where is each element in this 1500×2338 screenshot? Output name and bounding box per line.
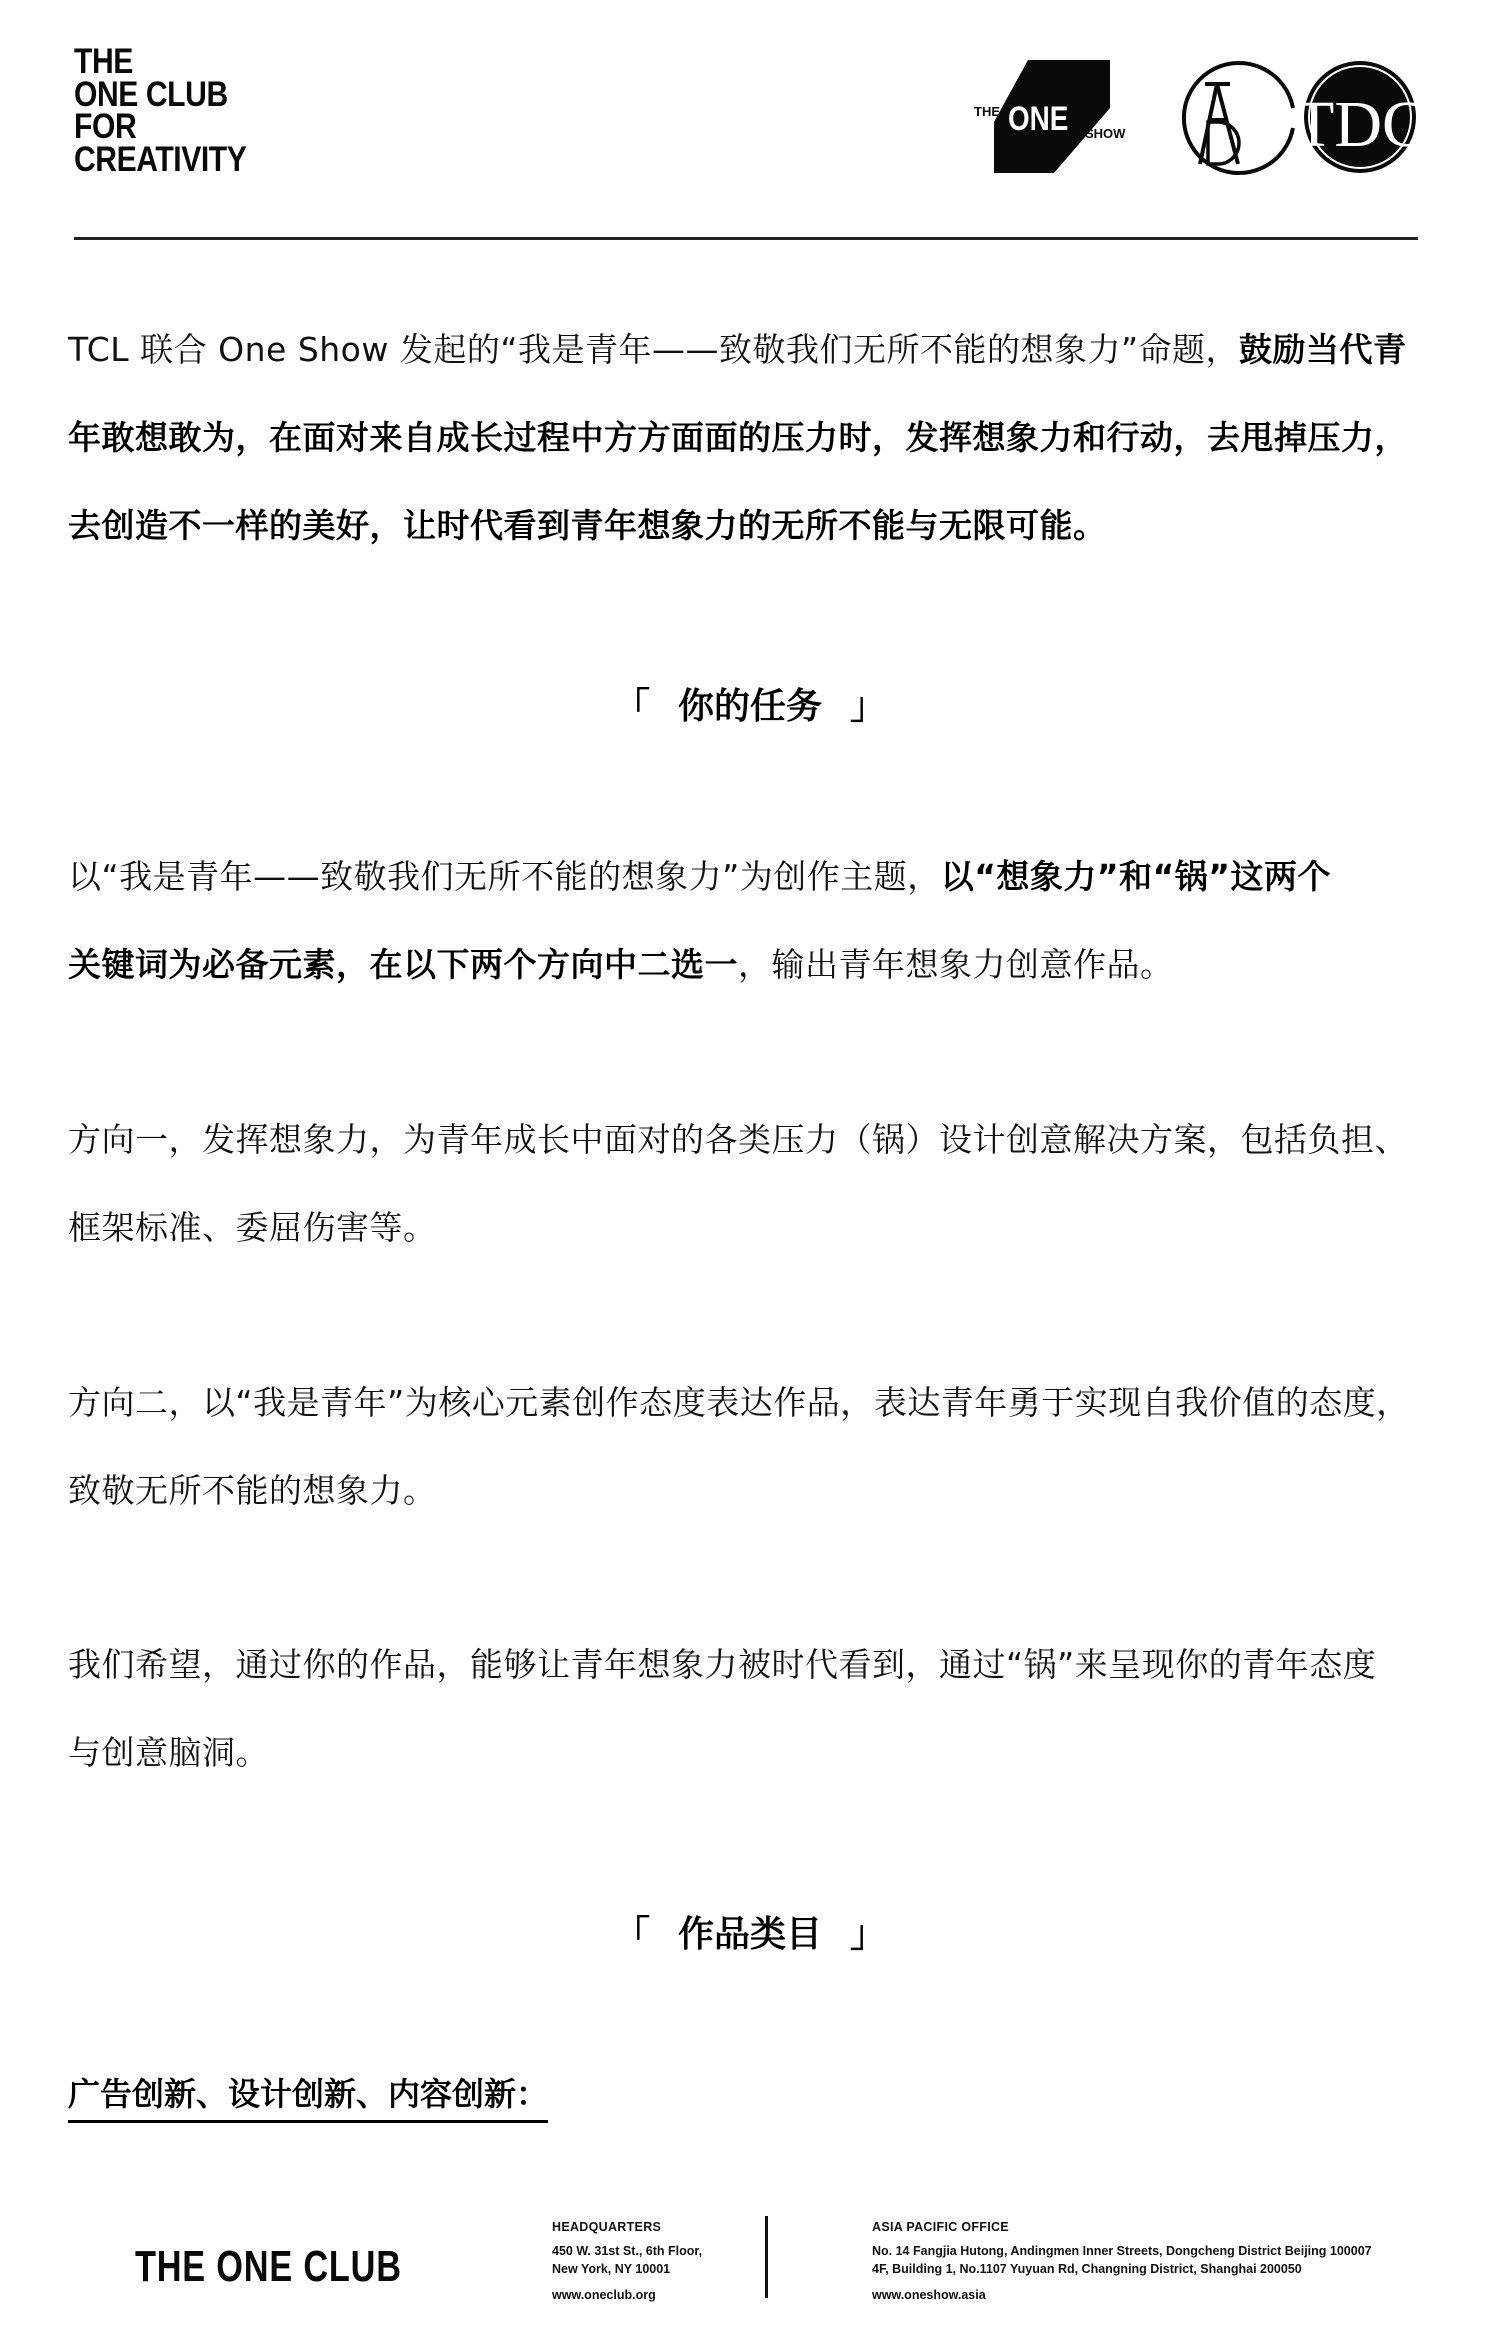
hq-url-link[interactable]: www.oneclub.org bbox=[552, 2286, 702, 2304]
asia-address-line-2: 4F, Building 1, No.1107 Yuyuan Rd, Chang… bbox=[872, 2260, 1372, 2278]
brand-line: CREATIVITY bbox=[74, 144, 246, 177]
svg-text:SHOW: SHOW bbox=[1085, 126, 1126, 141]
task-theme-paragraph: 以“我是青年——致敬我们无所不能的想象力”为创作主题，以“想象力”和“锅”这两个… bbox=[68, 833, 1428, 1009]
bracket-close: 」 bbox=[850, 1914, 886, 1955]
intro-line-2: 年敢想敢为，在面对来自成长过程中方方面面的压力时，发挥想象力和行动，去甩掉压力， bbox=[68, 394, 1428, 482]
section-title: 你的任务 bbox=[678, 686, 822, 727]
footer-headquarters: HEADQUARTERS 450 W. 31st St., 6th Floor,… bbox=[552, 2218, 702, 2304]
asia-url-link[interactable]: www.oneshow.asia bbox=[872, 2286, 1372, 2304]
section-heading-task: 「你的任务」 bbox=[0, 678, 1500, 729]
hope-paragraph: 我们希望，通过你的作品，能够让青年想象力被时代看到，通过“锅”来呈现你的青年态度… bbox=[68, 1621, 1428, 1797]
partner-logos-svg: THE ONE SHOW TDC bbox=[960, 56, 1430, 180]
intro-line-3: 去创造不一样的美好，让时代看到青年想象力的无所不能与无限可能。 bbox=[68, 482, 1428, 570]
brand-line: FOR bbox=[74, 111, 246, 144]
header-divider bbox=[74, 237, 1418, 240]
direction-one-paragraph: 方向一，发挥想象力，为青年成长中面对的各类压力（锅）设计创意解决方案，包括负担、… bbox=[68, 1096, 1428, 1272]
hq-label: HEADQUARTERS bbox=[552, 2218, 702, 2236]
asia-address-line-1: No. 14 Fangjia Hutong, Andingmen Inner S… bbox=[872, 2242, 1372, 2260]
intro-paragraph: TCL 联合 One Show 发起的“我是青年——致敬我们无所不能的想象力”命… bbox=[68, 306, 1428, 570]
footer-divider bbox=[765, 2216, 768, 2298]
svg-text:THE: THE bbox=[974, 104, 1000, 119]
bracket-open: 「 bbox=[614, 686, 650, 727]
adc-logo-icon bbox=[1184, 63, 1293, 173]
direction-two-paragraph: 方向二，以“我是青年”为核心元素创作态度表达作品，表达青年勇于实现自我价值的态度… bbox=[68, 1359, 1428, 1535]
footer-asia-office: ASIA PACIFIC OFFICE No. 14 Fangjia Huton… bbox=[872, 2218, 1372, 2304]
intro-line-1: TCL 联合 One Show 发起的“我是青年——致敬我们无所不能的想象力”命… bbox=[68, 306, 1428, 394]
bracket-close: 」 bbox=[850, 686, 886, 727]
bracket-open: 「 bbox=[614, 1914, 650, 1955]
section-title: 作品类目 bbox=[678, 1914, 822, 1955]
brand-line: THE bbox=[74, 46, 246, 79]
asia-label: ASIA PACIFIC OFFICE bbox=[872, 2218, 1372, 2236]
one-club-for-creativity-logo: THE ONE CLUB FOR CREATIVITY bbox=[74, 46, 246, 176]
hq-address-line-1: 450 W. 31st St., 6th Floor, bbox=[552, 2242, 702, 2260]
footer-brand: THE ONE CLUB bbox=[135, 2242, 402, 2292]
tdc-logo-icon: TDC bbox=[1294, 61, 1426, 173]
one-show-logo-icon: THE ONE SHOW bbox=[974, 60, 1126, 173]
partner-logos: THE ONE SHOW TDC bbox=[960, 56, 1430, 180]
category-label: 广告创新、设计创新、内容创新： bbox=[68, 2074, 548, 2123]
hq-address-line-2: New York, NY 10001 bbox=[552, 2260, 702, 2278]
section-heading-category: 「作品类目」 bbox=[0, 1906, 1500, 1957]
svg-text:TDC: TDC bbox=[1294, 88, 1426, 161]
svg-text:ONE: ONE bbox=[1008, 99, 1068, 137]
